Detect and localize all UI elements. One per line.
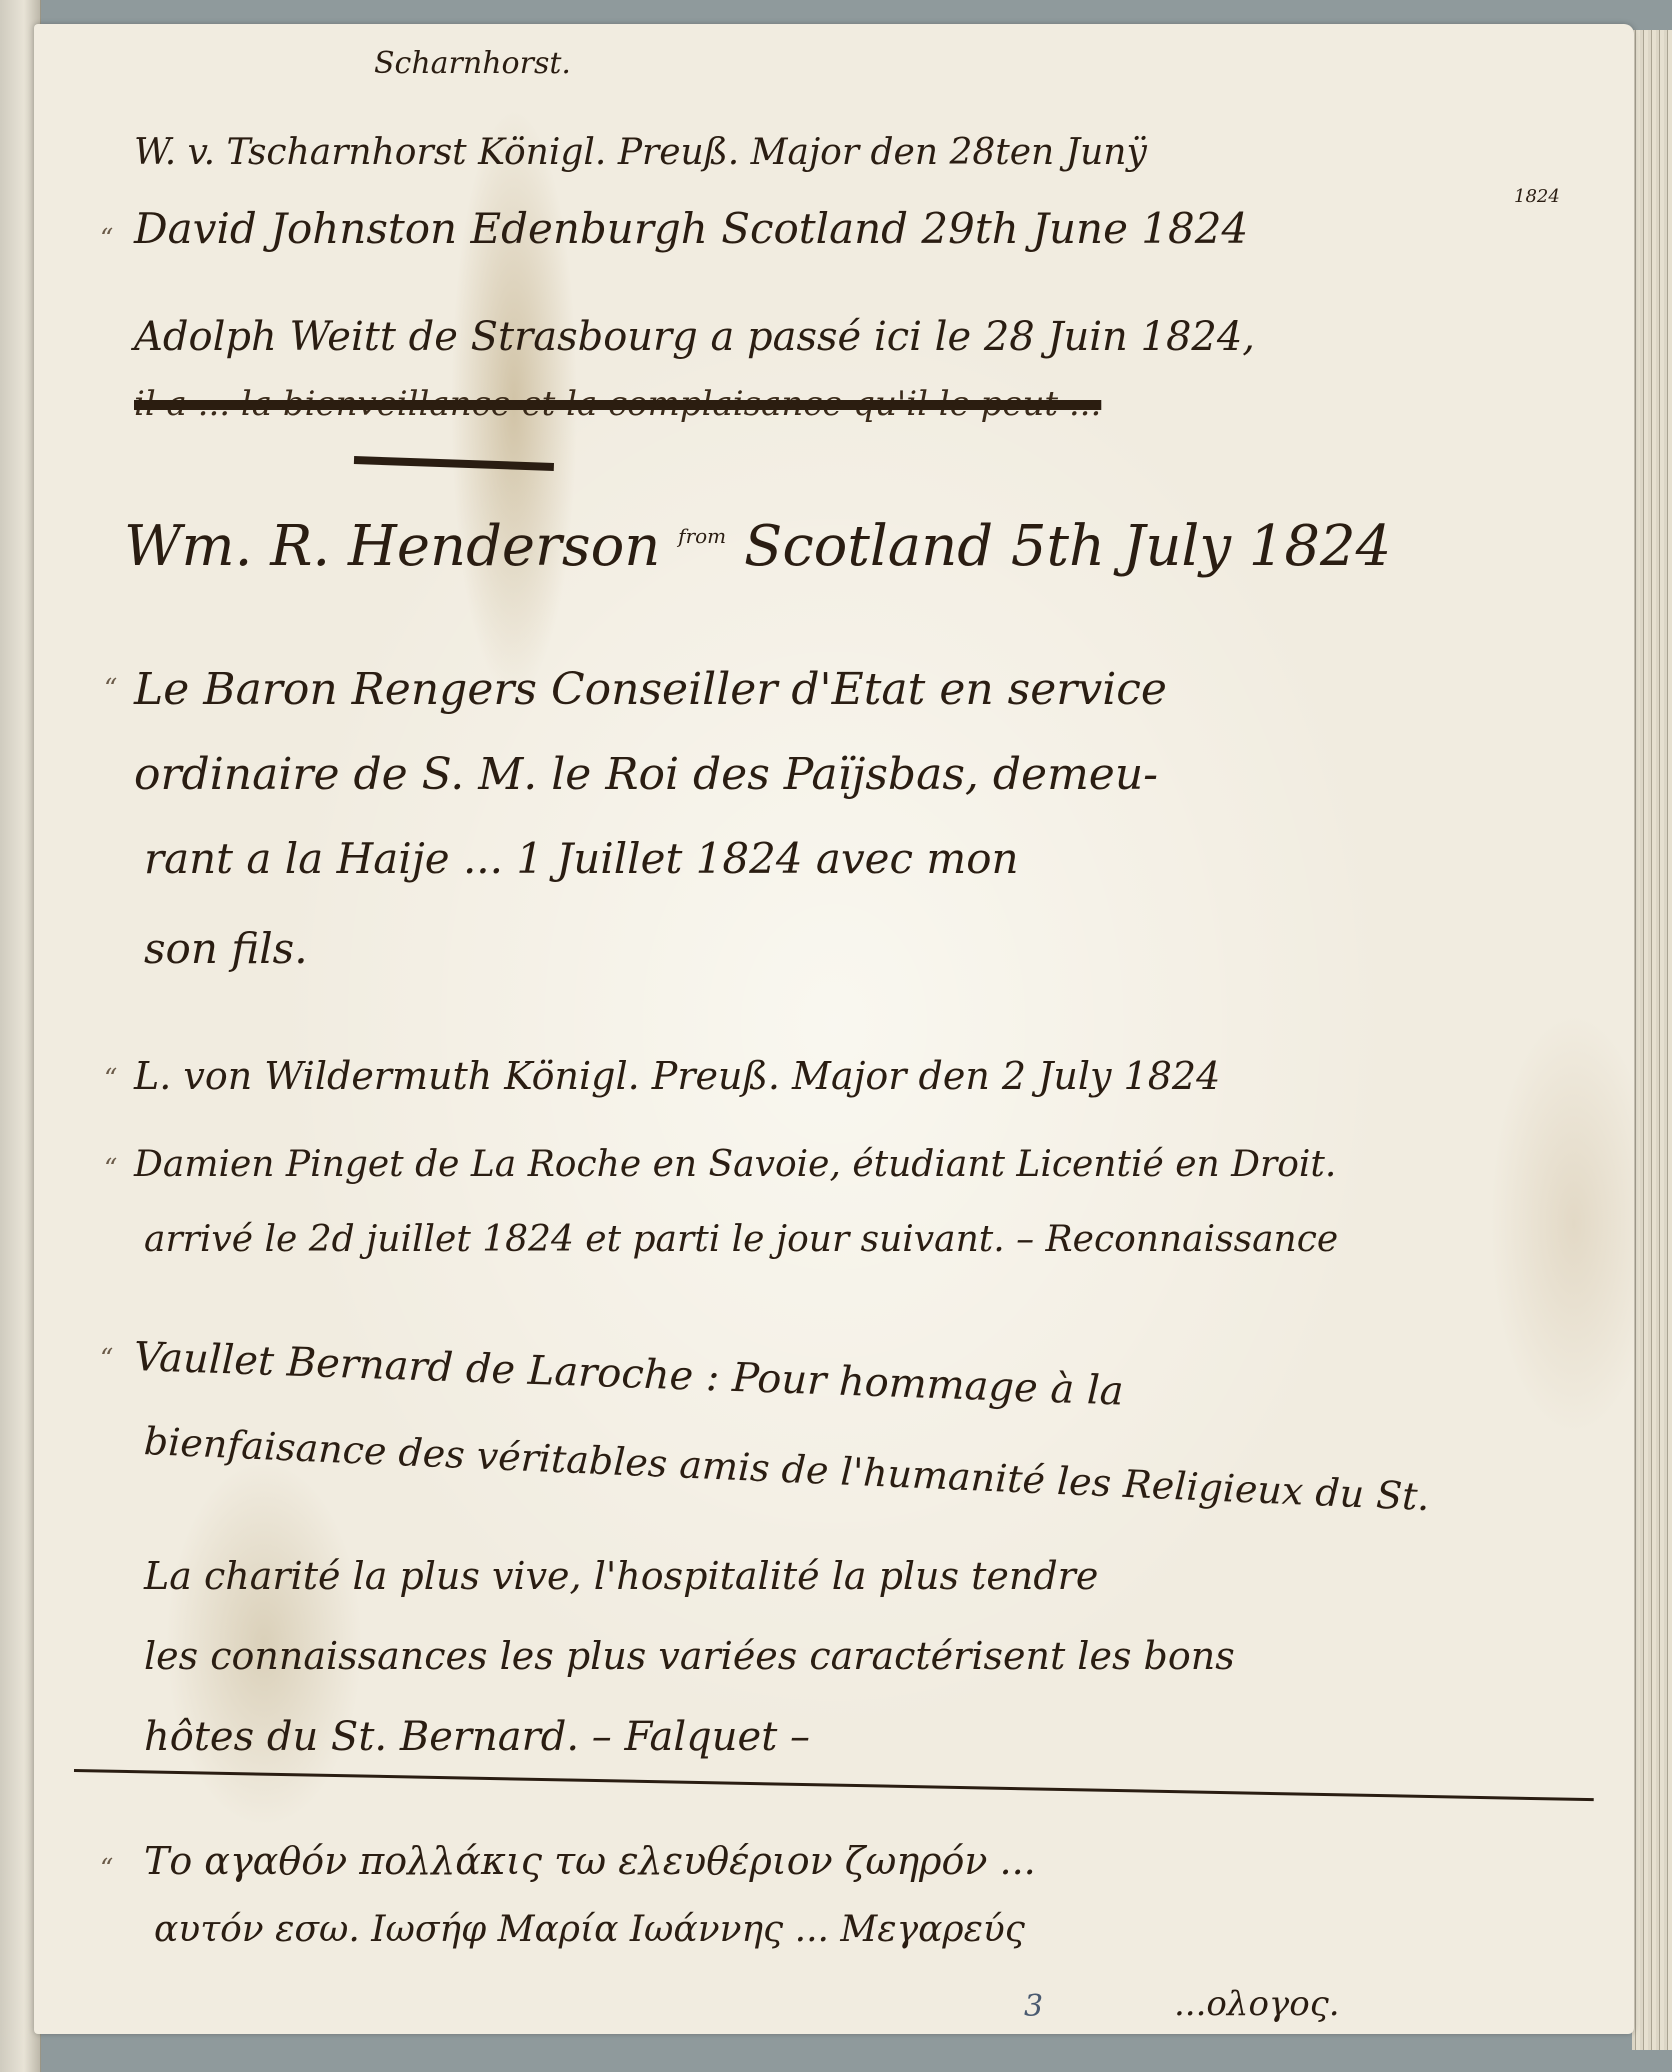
entry-rengers-line-3: rant a la Haije ... 1 Juillet 1824 avec … [144, 834, 1019, 883]
henderson-rest: Scotland 5th July 1824 [744, 514, 1391, 579]
entry-greek-line-3: ...ολογος. [1174, 1984, 1340, 2024]
entry-vaullet-line-2: bienfaisance des véritables amis de l'hu… [143, 1419, 1430, 1519]
heading-scharnhorst: Scharnhorst. [374, 46, 571, 81]
ditto-mark: “ [100, 1854, 113, 1884]
divider-line [74, 1769, 1594, 1801]
henderson-name: Wm. R. Henderson [124, 514, 660, 579]
entry-pinget-line-2: arrivé le 2d juillet 1824 et parti le jo… [144, 1219, 1338, 1260]
entry-greek-line-1: Το αγαθόν πολλάκις τω ελευθέριον ζωηρόν … [144, 1839, 1036, 1883]
entry-weitt-struck: il a ... la bienveillance et la complais… [134, 384, 1101, 424]
henderson-from: from [678, 524, 726, 548]
ditto-mark: “ [104, 1154, 117, 1184]
entry-weitt: Adolph Weitt de Strasbourg a passé ici l… [134, 314, 1255, 360]
entry-tscharnhorst: W. v. Tscharnhorst Königl. Preuß. Major … [134, 132, 1147, 173]
entry-wildermuth: L. von Wildermuth Königl. Preuß. Major d… [134, 1054, 1220, 1098]
ditto-mark: “ [100, 1344, 113, 1374]
entry-rengers-line-2: ordinaire de S. M. le Roi des Païjsbas, … [134, 749, 1158, 800]
ditto-mark: “ [104, 1064, 117, 1094]
entry-johnston: David Johnston Edenburgh Scotland 29th J… [134, 204, 1248, 253]
entry-pinget-line-1: Damien Pinget de La Roche en Savoie, étu… [134, 1144, 1336, 1185]
entry-vaullet-line-1: Vaullet Bernard de Laroche : Pour hommag… [133, 1334, 1124, 1415]
entry-falquet-line-3: hôtes du St. Bernard. – Falquet – [144, 1714, 810, 1760]
entry-rengers-line-4: son fils. [144, 924, 308, 973]
ink-strike-mark [354, 456, 554, 471]
entry-falquet-line-2: les connaissances les plus variées carac… [144, 1634, 1235, 1678]
pencil-page-mark: 3 [1024, 1989, 1043, 2024]
page-edges-right [1632, 30, 1672, 2050]
margin-year-note: 1824 [1514, 186, 1560, 207]
entry-henderson: Wm. R. Henderson from Scotland 5th July … [124, 514, 1391, 579]
ditto-mark: “ [100, 224, 113, 254]
ditto-mark: “ [104, 674, 117, 704]
manuscript-page: Scharnhorst. W. v. Tscharnhorst Königl. … [34, 24, 1634, 2034]
entry-greek-line-2: αυτόν εσω. Ιωσήφ Μαρία Ιωάννης ... Μεγαρ… [154, 1909, 1025, 1950]
entry-falquet-line-1: La charité la plus vive, l'hospitalité l… [144, 1554, 1098, 1598]
entry-rengers-line-1: Le Baron Rengers Conseiller d'Etat en se… [134, 664, 1167, 715]
